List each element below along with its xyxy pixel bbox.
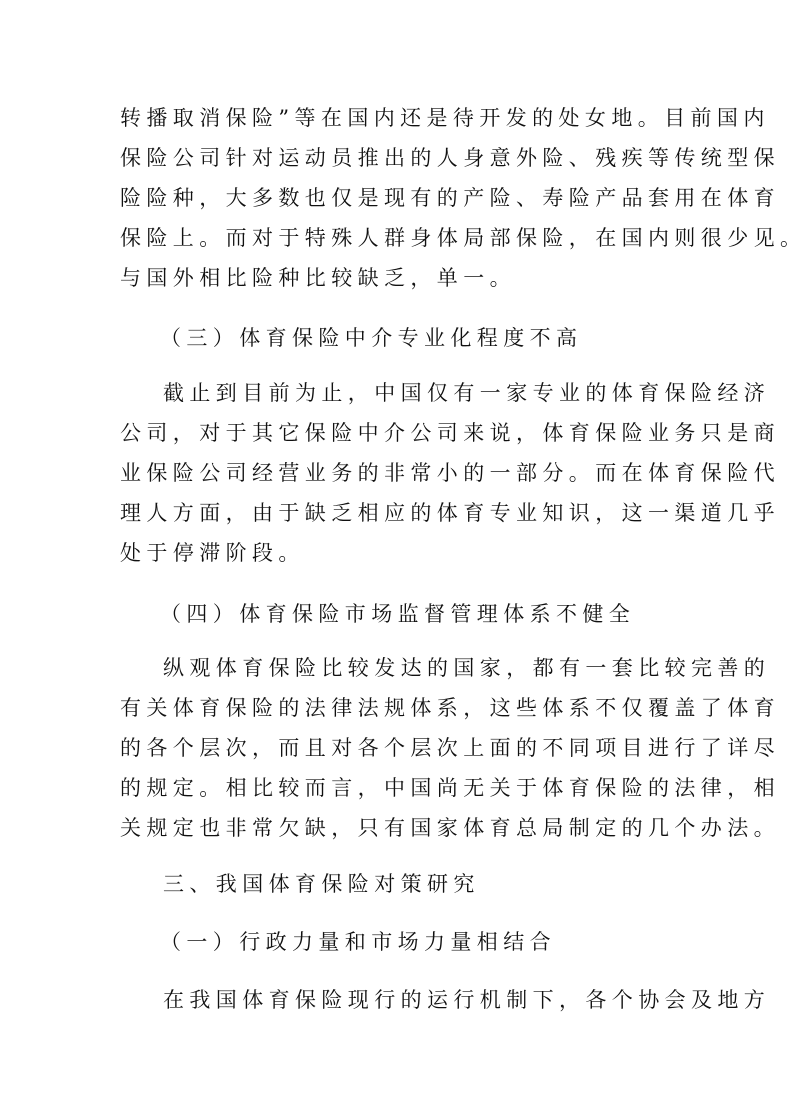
subheading-intermediary: （三）体育保险中介专业化程度不高 bbox=[160, 325, 582, 351]
text-line: 截止到目前为止，中国仅有一家专业的体育保险经济 bbox=[163, 380, 770, 406]
text-line: 与国外相比险种比较缺乏，单一。 bbox=[120, 265, 516, 291]
text-line: 的各个层次，而且对各个层次上面的不同项目进行了详尽 bbox=[120, 735, 780, 761]
text-line: 业保险公司经营业务的非常小的一部分。而在体育保险代 bbox=[120, 460, 780, 486]
text-line: 保险上。而对于特殊人群身体局部保险，在国内则很少见。 bbox=[120, 225, 792, 251]
text-line: 纵观体育保险比较发达的国家，都有一套比较完善的 bbox=[163, 655, 770, 681]
document-page: 转播取消保险”等在国内还是待开发的处女地。目前国内 保险公司针对运动员推出的人身… bbox=[0, 0, 792, 1120]
text-line: 保险公司针对运动员推出的人身意外险、残疾等传统型保 bbox=[120, 145, 780, 171]
text-line: 公司，对于其它保险中介公司来说，体育保险业务只是商 bbox=[120, 420, 780, 446]
subheading-combine-forces: （一）行政力量和市场力量相结合 bbox=[160, 929, 556, 955]
section-title-countermeasures: 三、我国体育保险对策研究 bbox=[163, 871, 480, 897]
text-line: 的规定。相比较而言，中国尚无关于体育保险的法律，相 bbox=[120, 775, 780, 801]
text-line: 关规定也非常欠缺，只有国家体育总局制定的几个办法。 bbox=[120, 815, 780, 841]
text-line: 有关体育保险的法律法规体系，这些体系不仅覆盖了体育 bbox=[120, 695, 780, 721]
text-line: 在我国体育保险现行的运行机制下，各个协会及地方 bbox=[163, 987, 770, 1013]
text-line: 理人方面，由于缺乏相应的体育专业知识，这一渠道几乎 bbox=[120, 500, 780, 526]
text-line: 险险种，大多数也仅是现有的产险、寿险产品套用在体育 bbox=[120, 185, 780, 211]
subheading-supervision: （四）体育保险市场监督管理体系不健全 bbox=[160, 601, 635, 627]
text-line: 处于停滞阶段。 bbox=[120, 540, 305, 566]
text-line: 转播取消保险”等在国内还是待开发的处女地。目前国内 bbox=[120, 105, 770, 131]
